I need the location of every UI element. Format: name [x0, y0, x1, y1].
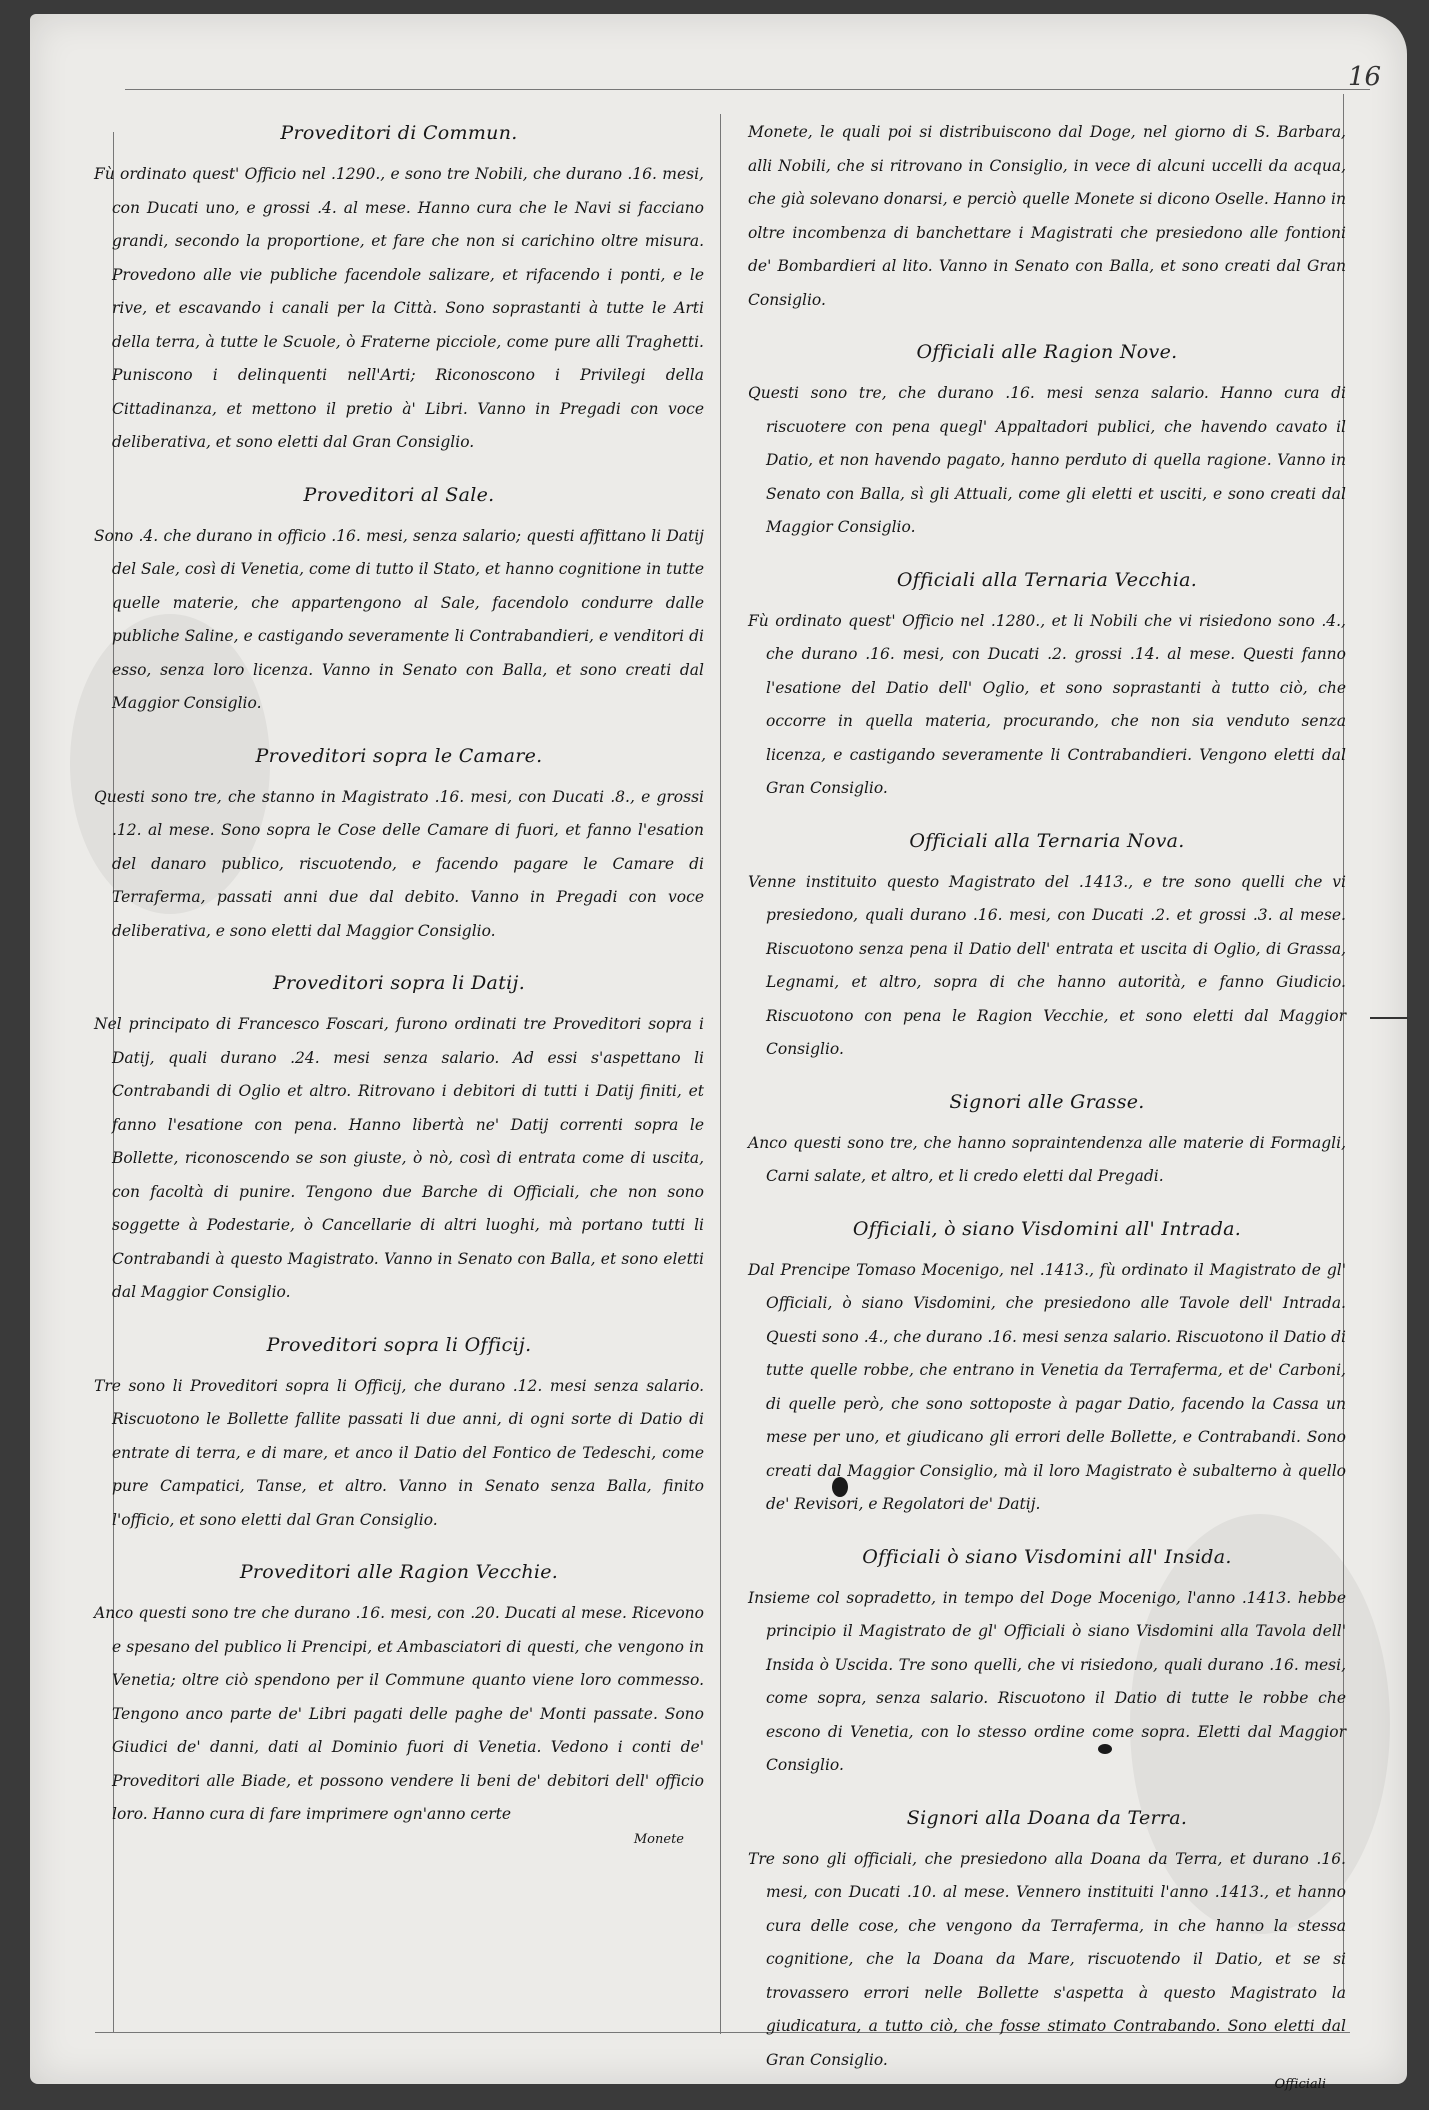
section-heading: Officiali ò siano Visdomini all' Insida. — [748, 1546, 1346, 1568]
right-column: Monete, le quali poi si distribuiscono d… — [748, 116, 1346, 2092]
folio-number: 16 — [1348, 62, 1381, 92]
section-text: Tre sono gli officiali, che presiedono a… — [748, 1843, 1346, 2078]
section-text: Nel principato di Francesco Foscari, fur… — [94, 1008, 704, 1310]
section-text: Anco questi sono tre che durano .16. mes… — [94, 1597, 704, 1832]
continued-text: Monete, le quali poi si distribuiscono d… — [748, 116, 1346, 317]
section-text: Questi sono tre, che stanno in Magistrat… — [94, 781, 704, 949]
section-text: Tre sono li Proveditori sopra li Officij… — [94, 1370, 704, 1538]
section-heading: Proveditori alle Ragion Vecchie. — [94, 1561, 704, 1583]
margin-pointer-mark — [1370, 1017, 1408, 1019]
section-heading: Signori alla Doana da Terra. — [748, 1807, 1346, 1829]
section-text: Venne instituito questo Magistrato del .… — [748, 866, 1346, 1067]
section-heading: Signori alle Grasse. — [748, 1091, 1346, 1113]
section-heading: Officiali, ò siano Visdomini all' Intrad… — [748, 1218, 1346, 1240]
section-heading: Proveditori sopra li Officij. — [94, 1334, 704, 1356]
section-heading: Officiali alla Ternaria Vecchia. — [748, 569, 1346, 591]
section-heading: Proveditori al Sale. — [94, 484, 704, 506]
catchword: Monete — [94, 1832, 704, 1847]
section-text: Fù ordinato quest' Officio nel .1280., e… — [748, 605, 1346, 806]
top-ruled-line — [125, 89, 1370, 90]
section-text: Questi sono tre, che durano .16. mesi se… — [748, 377, 1346, 545]
section-heading: Proveditori sopra li Datij. — [94, 972, 704, 994]
section-text: Dal Prencipe Tomaso Mocenigo, nel .1413.… — [748, 1254, 1346, 1522]
catchword: Officiali — [748, 2077, 1346, 2092]
section-text: Anco questi sono tre, che hanno sopraint… — [748, 1127, 1346, 1194]
left-column: Proveditori di Commun. Fù ordinato quest… — [94, 122, 704, 1847]
section-heading: Proveditori di Commun. — [94, 122, 704, 144]
section-heading: Officiali alle Ragion Nove. — [748, 341, 1346, 363]
column-divider-line — [720, 114, 721, 2034]
section-heading: Officiali alla Ternaria Nova. — [748, 830, 1346, 852]
section-text: Sono .4. che durano in officio .16. mesi… — [94, 520, 704, 721]
section-text: Fù ordinato quest' Officio nel .1290., e… — [94, 158, 704, 460]
section-heading: Proveditori sopra le Camare. — [94, 745, 704, 767]
section-text: Insieme col sopradetto, in tempo del Dog… — [748, 1582, 1346, 1783]
